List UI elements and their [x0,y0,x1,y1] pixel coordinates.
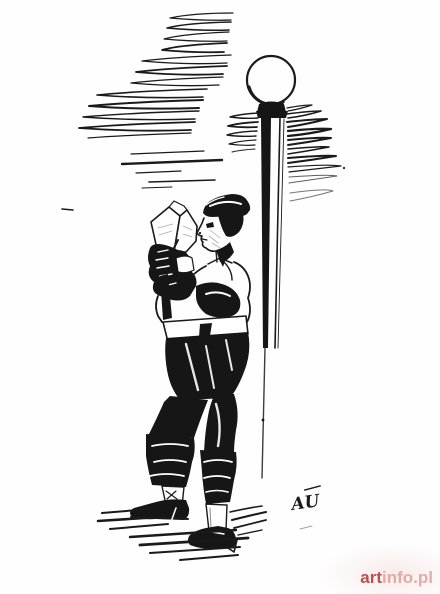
figure-reading-letter [130,194,250,552]
scanned-artwork-page: AU artinfo.pl [0,0,440,594]
watermark-suffix: info.pl [382,568,433,587]
ground-shadow [98,506,312,560]
artist-signature: AU [287,486,323,515]
lamp-post [261,118,284,478]
lamp-hatching-left [227,113,259,152]
watermark-prefix: art [360,568,382,587]
watermark: artinfo.pl [360,569,433,586]
mid-air-dashes [62,151,222,210]
garrison-cap [203,194,250,217]
face-profile [197,214,244,262]
lamp-hatching-right [287,105,345,201]
signature-text: AU [288,491,322,515]
artwork-drawing: AU [0,0,440,594]
street-lamp [227,56,345,478]
trousers [146,332,249,504]
jacket-collar [208,258,232,267]
sky-scribbles [79,13,233,138]
